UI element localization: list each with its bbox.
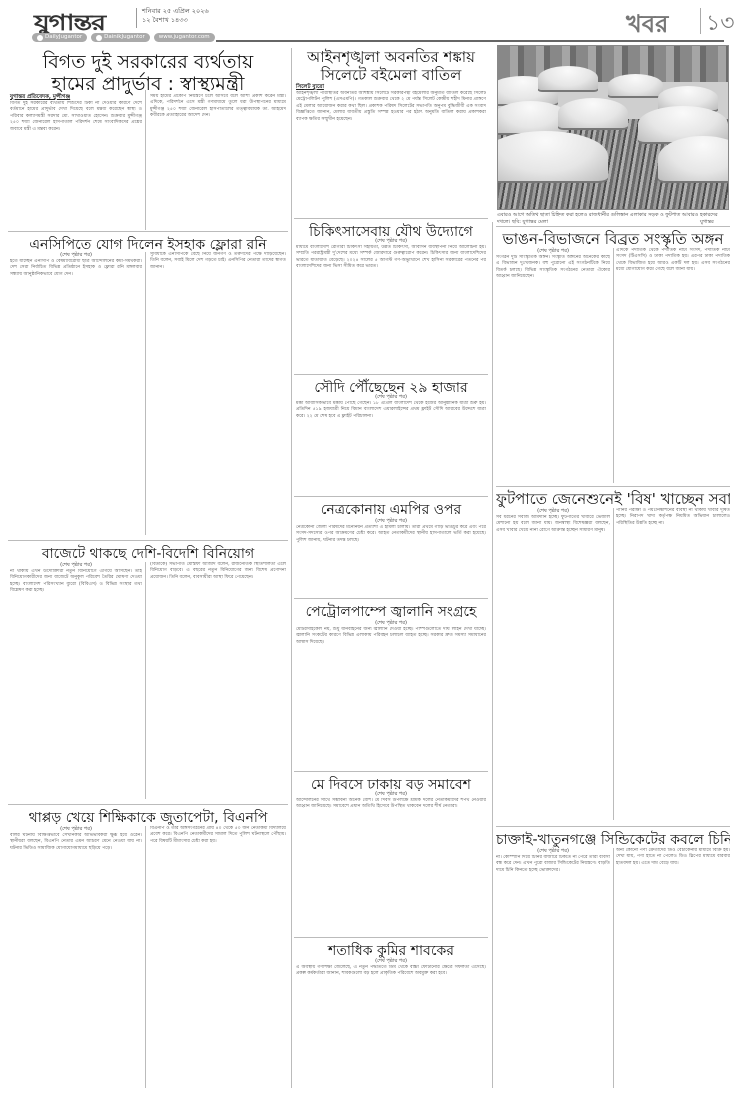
column-divider [145, 562, 146, 799]
article-body: বিগত দুই সরকারের ব্যর্থতায় শিশুদের টিকা… [10, 101, 142, 229]
umbrella [608, 74, 663, 96]
article-body: সুবিধাকে এনসিপিকে বেছে নিয়ে জনগণ ও তরুণ… [150, 252, 286, 535]
column-divider [613, 848, 614, 1088]
facebook-icon [96, 35, 102, 41]
news-photo[interactable] [497, 45, 729, 210]
column-divider [145, 826, 146, 1088]
gregorian-date: শনিবার ২৫ এপ্রিল ২০২৬ [142, 7, 209, 16]
page-number: ১৩ [706, 6, 735, 43]
article-body: আইনশৃঙ্খলা পরিস্থিতির অবনতির আশঙ্কায় সি… [296, 91, 486, 215]
article-body: সব ধরনের সবজি আমদানি হচ্ছে। ফুটপাতের খাব… [496, 515, 610, 820]
divider [294, 496, 488, 497]
social-links: DailyJugantor DainikJugantor www.juganto… [32, 33, 215, 42]
article-body: বিএনপি ও তার অঙ্গসংগঠনের প্রায় ৪০ থেকে … [150, 826, 286, 1088]
umbrella [538, 66, 598, 90]
article-body: মাধ্যমে বাংলাদেশি রোগীরা চিকিৎসা সহায়তা… [296, 245, 486, 371]
date-block: শনিবার ২৫ এপ্রিল ২০২৬ ১২ বৈশাখ ১৪৩৩ [142, 7, 209, 25]
divider [294, 937, 488, 938]
article-body: আন্দোলনের সাথে সম্ভাবনা অনেক বেশি। মে দি… [296, 798, 486, 934]
divider [8, 231, 288, 232]
divider [294, 218, 488, 219]
column-divider [145, 90, 146, 230]
divider [8, 540, 288, 541]
column-divider [145, 252, 146, 535]
article-body: এ অবস্থায় গণশিক্ষা জেলেছে, এ নতুন পদ্ধত… [296, 965, 486, 1088]
divider [294, 598, 488, 599]
umbrella [558, 98, 628, 128]
section-title: খবর [626, 6, 668, 46]
facebook-link[interactable]: DainikJugantor [91, 33, 150, 42]
bengali-date: ১২ বৈশাখ ১৪৩৩ [142, 16, 209, 25]
column-divider [492, 222, 493, 1088]
article-body: সময় হামের প্রকোপ নিয়ন্ত্রণে চলে আসবে ব… [150, 94, 286, 229]
masthead: যুগান্তর শনিবার ২৫ এপ্রিল ২০২৬ ১২ বৈশাখ … [0, 0, 753, 46]
divider [496, 486, 730, 487]
divider [496, 226, 730, 227]
article-body: (বিডাকে) সভাপতি মোস্তফা আজাদ বলেন, রাজনৈ… [150, 562, 286, 799]
article-body: না। কোম্পানি দিয়ে চিনির বাজারে টিকতে না… [496, 855, 610, 1088]
article-body: হতে যাচ্ছেন এনসিপি ও বৈষম্যবিরোধী ছাত্র … [10, 259, 142, 535]
column-divider [291, 48, 292, 1088]
skype-handle: DailyJugantor [45, 34, 82, 41]
divider [136, 8, 137, 28]
article-body: মক্কা আবাসিকভাবে মক্কায় পৌঁছে গেছেন। ১৮… [296, 401, 486, 494]
umbrella [658, 136, 729, 181]
divider [294, 374, 488, 375]
website-link[interactable]: www.jugantor.com [154, 33, 215, 42]
article-body: বলির ঘটনায় বিক্ষিপ্তভাবে সেখানকার অভিভা… [10, 833, 142, 1088]
article-body: নেত্রকোনা জেলা পরিষদের মনোনয়ন প্রত্যাশী… [296, 525, 486, 597]
article-body: পানির পরীক্ষা ও পয়ঃনিষ্কাশনের ব্যবস্থা … [616, 508, 730, 820]
divider [496, 826, 730, 827]
column-divider [613, 508, 614, 820]
facebook-handle: DainikJugantor [104, 34, 145, 41]
skype-link[interactable]: DailyJugantor [32, 33, 87, 42]
divider [8, 804, 288, 805]
article-body: অন্য কোনো পণ্য ক্রেতাদের ডিও বেচাকেনার ম… [616, 848, 730, 1088]
article-body: সংগঠন দুটি সাংস্কৃতিক অঙ্গন। সংস্কৃতি অঙ… [496, 255, 610, 483]
website-url: www.jugantor.com [159, 34, 210, 41]
article-body: এদিকে পদাতিক থেকে পদাতিক নাট্য সংসদ, পদা… [616, 248, 730, 483]
umbrella [497, 131, 608, 181]
column-divider [613, 248, 614, 483]
article-body: না থাকায় এখন উদ্যোক্তারা নতুন বিনিয়োগে… [10, 569, 142, 799]
photo-caption: এবারও আগে অতিথ ছাতা চিহ্নিত করা হলেও রাজ… [497, 212, 729, 225]
skype-icon [37, 35, 43, 41]
article-body: মোটরসাইকেল নয়, শুধু যানবাহনের জন্য জ্বা… [296, 627, 486, 769]
divider [700, 8, 701, 34]
divider [294, 771, 488, 772]
